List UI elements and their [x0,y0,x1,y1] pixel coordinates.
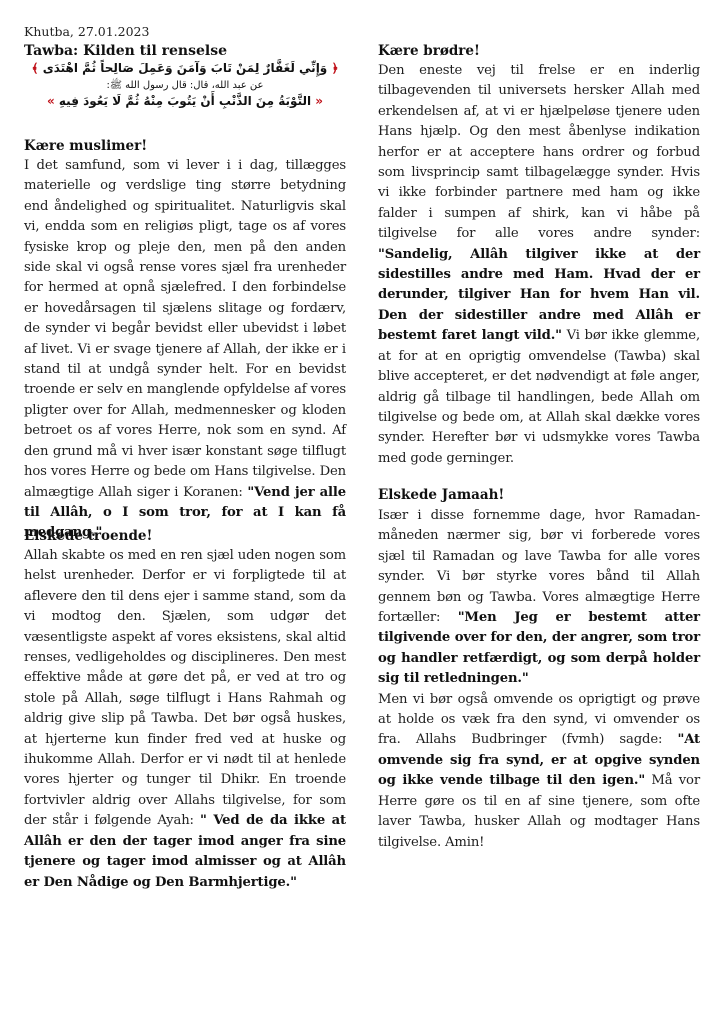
paragraph-text-after: Men vi bør også omvende os oprigtigt og … [378,692,700,748]
paragraph-text: I det samfund, som vi lever i i dag, til… [24,158,346,500]
section-heading-elskede-jamaah: Elskede Jamaah! [378,486,504,504]
section-paragraph-3: Den eneste vej til frelse er en inderlig… [378,61,700,469]
verse-close-bracket: ﴾ [32,61,39,75]
hadith-close-bracket: » [47,94,55,108]
section-paragraph-2: Allah skabte os med en ren sjæl uden nog… [24,546,346,893]
section-paragraph-1: I det samfund, som vi lever i i dag, til… [24,156,346,544]
hadith-text: « التَّوْبَةُ مِنَ الذَّنْبِ أَنْ يَتُوب… [24,93,346,109]
section-heading-kaere-brodre: Kære brødre! [378,42,480,60]
verse-text: وَإِنِّي لَغَفَّارٌ لِمَنْ تَابَ وَآمَنَ… [43,61,328,75]
hadith-narration: عن عبد الله، قال: قال رسول الله ﷺ: [24,79,346,92]
hadith-arabic: التَّوْبَةُ مِنَ الذَّنْبِ أَنْ يَتُوبَ … [59,94,311,108]
document-page: Khutba, 27.01.2023 Tawba: Kilden til ren… [0,0,724,1024]
paragraph-text: Den eneste vej til frelse er en inderlig… [378,63,700,241]
quran-verse: ﴿ وَإِنِّي لَغَفَّارٌ لِمَنْ تَابَ وَآمَ… [24,60,346,76]
verse-open-bracket: ﴿ [331,61,338,75]
page-title: Tawba: Kilden til renselse [24,42,227,60]
khutba-date: Khutba, 27.01.2023 [24,24,149,40]
section-heading-kaere-muslimer: Kære muslimer! [24,137,147,155]
paragraph-text: Allah skabte os med en ren sjæl uden nog… [24,548,346,828]
hadith-open-bracket: « [315,94,323,108]
section-paragraph-4: Især i disse fornemme dage, hvor Ramadan… [378,506,700,853]
section-heading-elskede-troende: Elskede troende! [24,527,152,545]
paragraph-text: Især i disse fornemme dage, hvor Ramadan… [378,508,700,625]
paragraph-text-after: Vi bør ikke glemme, at for at en oprigti… [378,328,700,465]
